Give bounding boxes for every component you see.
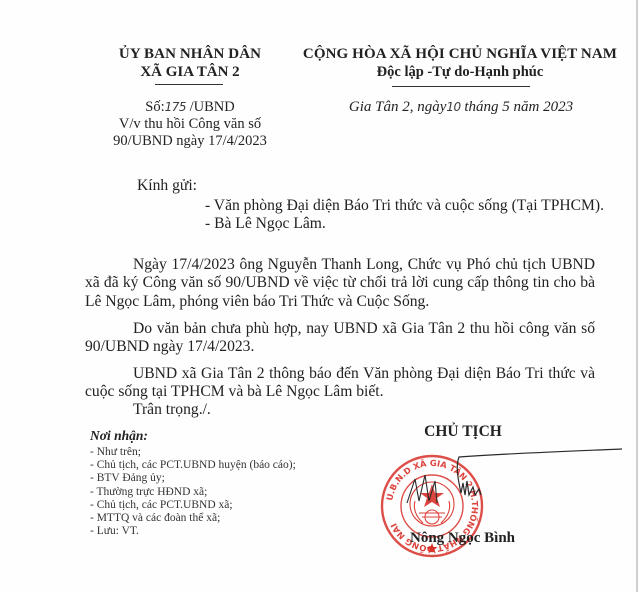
date-suffix: tháng 5 năm 2023 — [461, 99, 574, 115]
document-page: ỦY BAN NHÂN DÂN XÃ GIA TÂN 2 Số:175 /UBN… — [0, 0, 640, 592]
recipient-item: - BTV Đảng ủy; — [90, 472, 296, 485]
issuer-commune: XÃ GIA TÂN 2 — [140, 64, 239, 81]
body-paragraph: Do văn bản chưa phù hợp, nay UBND xã Gia… — [85, 320, 595, 357]
body-paragraph: Ngày 17/4/2023 ông Nguyễn Thanh Long, Ch… — [85, 256, 595, 311]
number-suffix: /UBND — [186, 99, 235, 115]
issuer-agency: ỦY BAN NHÂN DÂN — [119, 46, 261, 63]
issuer-underline — [155, 84, 223, 85]
subject-line-2: 90/UBND ngày 17/4/2023 — [113, 133, 267, 150]
paragraph-text: UBND xã Gia Tân 2 thông báo đến Văn phòn… — [85, 365, 595, 400]
addressee-item: - Văn phòng Đại diện Báo Tri thức và cuộ… — [205, 197, 604, 215]
body-paragraph: UBND xã Gia Tân 2 thông báo đến Văn phòn… — [85, 365, 595, 402]
recipient-item: - Lưu: VT. — [90, 525, 296, 538]
national-title: CỘNG HÒA XÃ HỘI CHỦ NGHĨA VIỆT NAM — [303, 46, 617, 63]
date-day-handwritten: 10 — [446, 100, 460, 114]
addressee-label: Kính gửi: — [137, 177, 197, 195]
closing-salutation: Trân trọng./. — [133, 401, 211, 419]
recipient-item: - Chủ tịch, các PCT.UBND huyện (báo cáo)… — [90, 459, 296, 472]
motto-underline — [392, 86, 530, 87]
paragraph-text: Ngày 17/4/2023 ông Nguyễn Thanh Long, Ch… — [85, 256, 595, 310]
recipients-title: Nơi nhận: — [90, 428, 148, 444]
document-date: Gia Tân 2, ngày10 tháng 5 năm 2023 — [349, 99, 573, 116]
recipient-item: - MTTQ và các đoàn thể xã; — [90, 512, 296, 525]
recipient-item: - Chủ tịch, các PCT.UBND xã; — [90, 499, 296, 512]
signer-title: CHỦ TỊCH — [424, 423, 502, 441]
recipient-item: - Như trên; — [90, 446, 296, 459]
addressee-item: - Bà Lê Ngọc Lâm. — [205, 215, 326, 233]
subject-line-1: V/v thu hồi Công văn số — [119, 116, 261, 133]
paragraph-text: Do văn bản chưa phù hợp, nay UBND xã Gia… — [85, 320, 595, 355]
signer-name: Nông Ngọc Bình — [410, 530, 515, 547]
recipient-item: - Thường trực HĐND xã; — [90, 486, 296, 499]
date-prefix: Gia Tân 2, ngày — [349, 99, 447, 115]
document-number: Số:175 /UBND — [145, 99, 235, 116]
number-label: Số: — [145, 99, 164, 115]
signature-scribble — [455, 445, 625, 515]
recipients-list: - Như trên; - Chủ tịch, các PCT.UBND huy… — [90, 446, 296, 538]
number-handwritten: 175 — [165, 100, 186, 114]
page-edge — [636, 0, 638, 592]
national-motto: Độc lập -Tự do-Hạnh phúc — [377, 64, 544, 81]
